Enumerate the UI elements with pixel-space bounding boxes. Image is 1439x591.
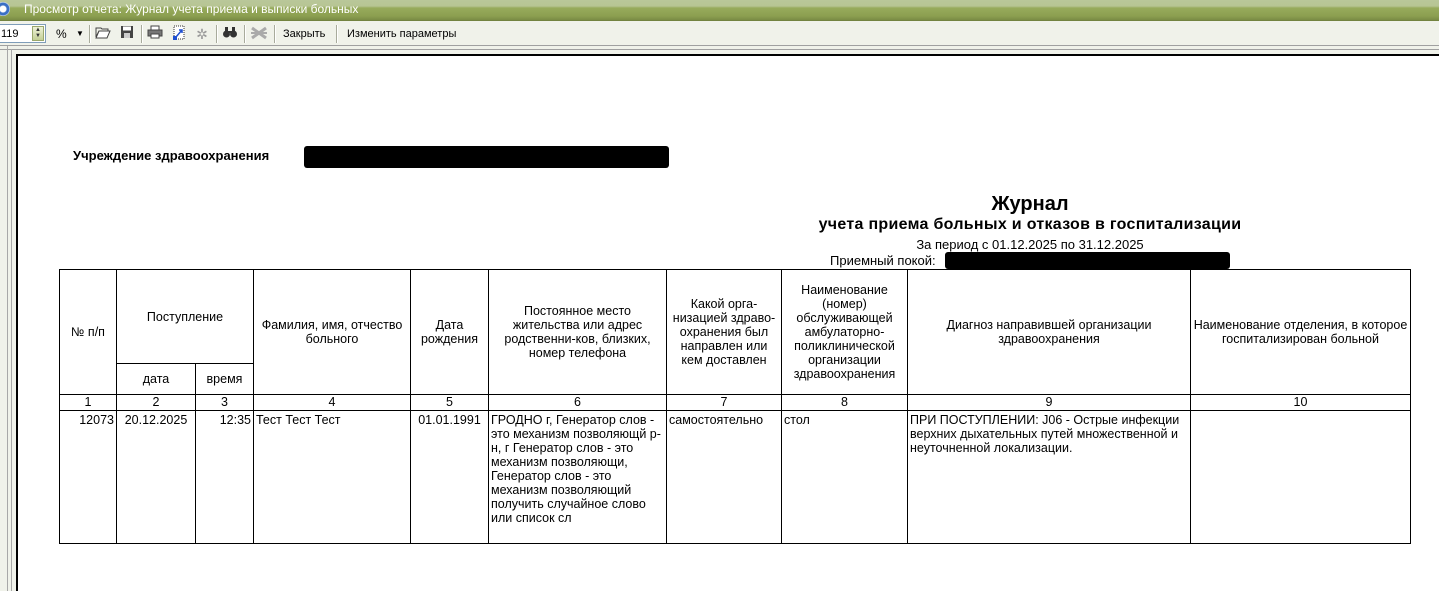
print-icon[interactable] (146, 25, 164, 43)
zoom-input[interactable] (0, 25, 31, 41)
reception-label: Приемный покой: (830, 253, 936, 268)
column-number: 7 (667, 395, 782, 411)
find-icon[interactable] (221, 25, 239, 43)
cell-department (1191, 411, 1411, 544)
toolbar-divider (0, 45, 1439, 46)
window-title-bar: Просмотр отчета: Журнал учета приема и в… (0, 0, 1439, 21)
cell-fio: Тест Тест Тест (254, 411, 411, 544)
column-number: 3 (196, 395, 254, 411)
column-number-row: 1 2 3 4 5 6 7 8 9 10 (60, 395, 1411, 411)
redacted-institution-name (304, 146, 669, 168)
zoom-spinner[interactable]: ▲▼ (32, 26, 44, 41)
report-title: Журнал (930, 193, 1130, 216)
change-parameters-button[interactable]: Изменить параметры (347, 25, 456, 43)
header-outpatient: Наименование (номер) обслуживающей амбул… (782, 270, 908, 395)
header-referred-by: Какой орга-низацией здраво-охранения был… (667, 270, 782, 395)
cell-referred-by: самостоятельно (667, 411, 782, 544)
header-admission: Поступление (117, 270, 254, 364)
zoom-unit-label: % (56, 25, 67, 43)
cell-time: 12:35 (196, 411, 254, 544)
cell-diagnosis: ПРИ ПОСТУПЛЕНИИ: J06 - Острые инфекции в… (908, 411, 1191, 544)
settings-icon[interactable]: ✲ (193, 25, 211, 43)
cell-date: 20.12.2025 (117, 411, 196, 544)
cell-outpatient: стол (782, 411, 908, 544)
table-row[interactable]: 12073 20.12.2025 12:35 Тест Тест Тест 01… (60, 411, 1411, 544)
column-number: 9 (908, 395, 1191, 411)
export-icon[interactable] (170, 25, 188, 43)
toolbar-separator (274, 25, 276, 43)
column-number: 6 (489, 395, 667, 411)
header-diagnosis: Диагноз направившей организации здравоох… (908, 270, 1191, 395)
toolbar-separator (244, 25, 246, 43)
toolbar-separator (336, 25, 338, 43)
header-num: № п/п (60, 270, 117, 395)
cell-num: 12073 (60, 411, 117, 544)
cell-birth: 01.01.1991 (411, 411, 489, 544)
header-birth: Дата рождения (411, 270, 489, 395)
column-number: 5 (411, 395, 489, 411)
column-number: 1 (60, 395, 117, 411)
save-icon[interactable] (118, 25, 136, 43)
column-number: 8 (782, 395, 908, 411)
left-ruler-line (11, 49, 12, 591)
toolbar-separator (216, 25, 218, 43)
header-fio: Фамилия, имя, отчество больного (254, 270, 411, 395)
institution-label: Учреждение здравоохранения (73, 148, 269, 163)
open-folder-icon[interactable] (94, 25, 112, 43)
column-number: 10 (1191, 395, 1411, 411)
report-period: За период с 01.12.2025 по 31.12.2025 (880, 237, 1180, 252)
column-number: 2 (117, 395, 196, 411)
cut-icon[interactable] (250, 25, 268, 43)
column-number: 4 (254, 395, 411, 411)
window-title: Просмотр отчета: Журнал учета приема и в… (24, 1, 358, 18)
header-address: Постоянное место жительства или адрес ро… (489, 270, 667, 395)
report-subtitle: учета приема больных и отказов в госпита… (780, 216, 1280, 234)
header-department: Наименование отделения, в которое госпит… (1191, 270, 1411, 395)
toolbar: ▲▼ % ▼ ✲ Закрыть Изменить параметры (0, 22, 1439, 46)
close-button[interactable]: Закрыть (283, 25, 325, 43)
header-row: № п/п Поступление Фамилия, имя, отчество… (60, 270, 1411, 364)
zoom-dropdown-icon[interactable]: ▼ (76, 25, 84, 43)
header-date: дата (117, 364, 196, 395)
header-time: время (196, 364, 254, 395)
redacted-reception-name (945, 252, 1230, 269)
journal-table: № п/п Поступление Фамилия, имя, отчество… (59, 269, 1411, 544)
toolbar-divider (0, 49, 1439, 50)
cell-address: ГРОДНО г, Генератор слов - это механизм … (489, 411, 667, 544)
left-ruler-line (7, 46, 8, 591)
toolbar-separator (89, 25, 91, 43)
app-icon (0, 2, 10, 16)
toolbar-separator (141, 25, 143, 43)
zoom-field[interactable]: ▲▼ (0, 24, 46, 43)
